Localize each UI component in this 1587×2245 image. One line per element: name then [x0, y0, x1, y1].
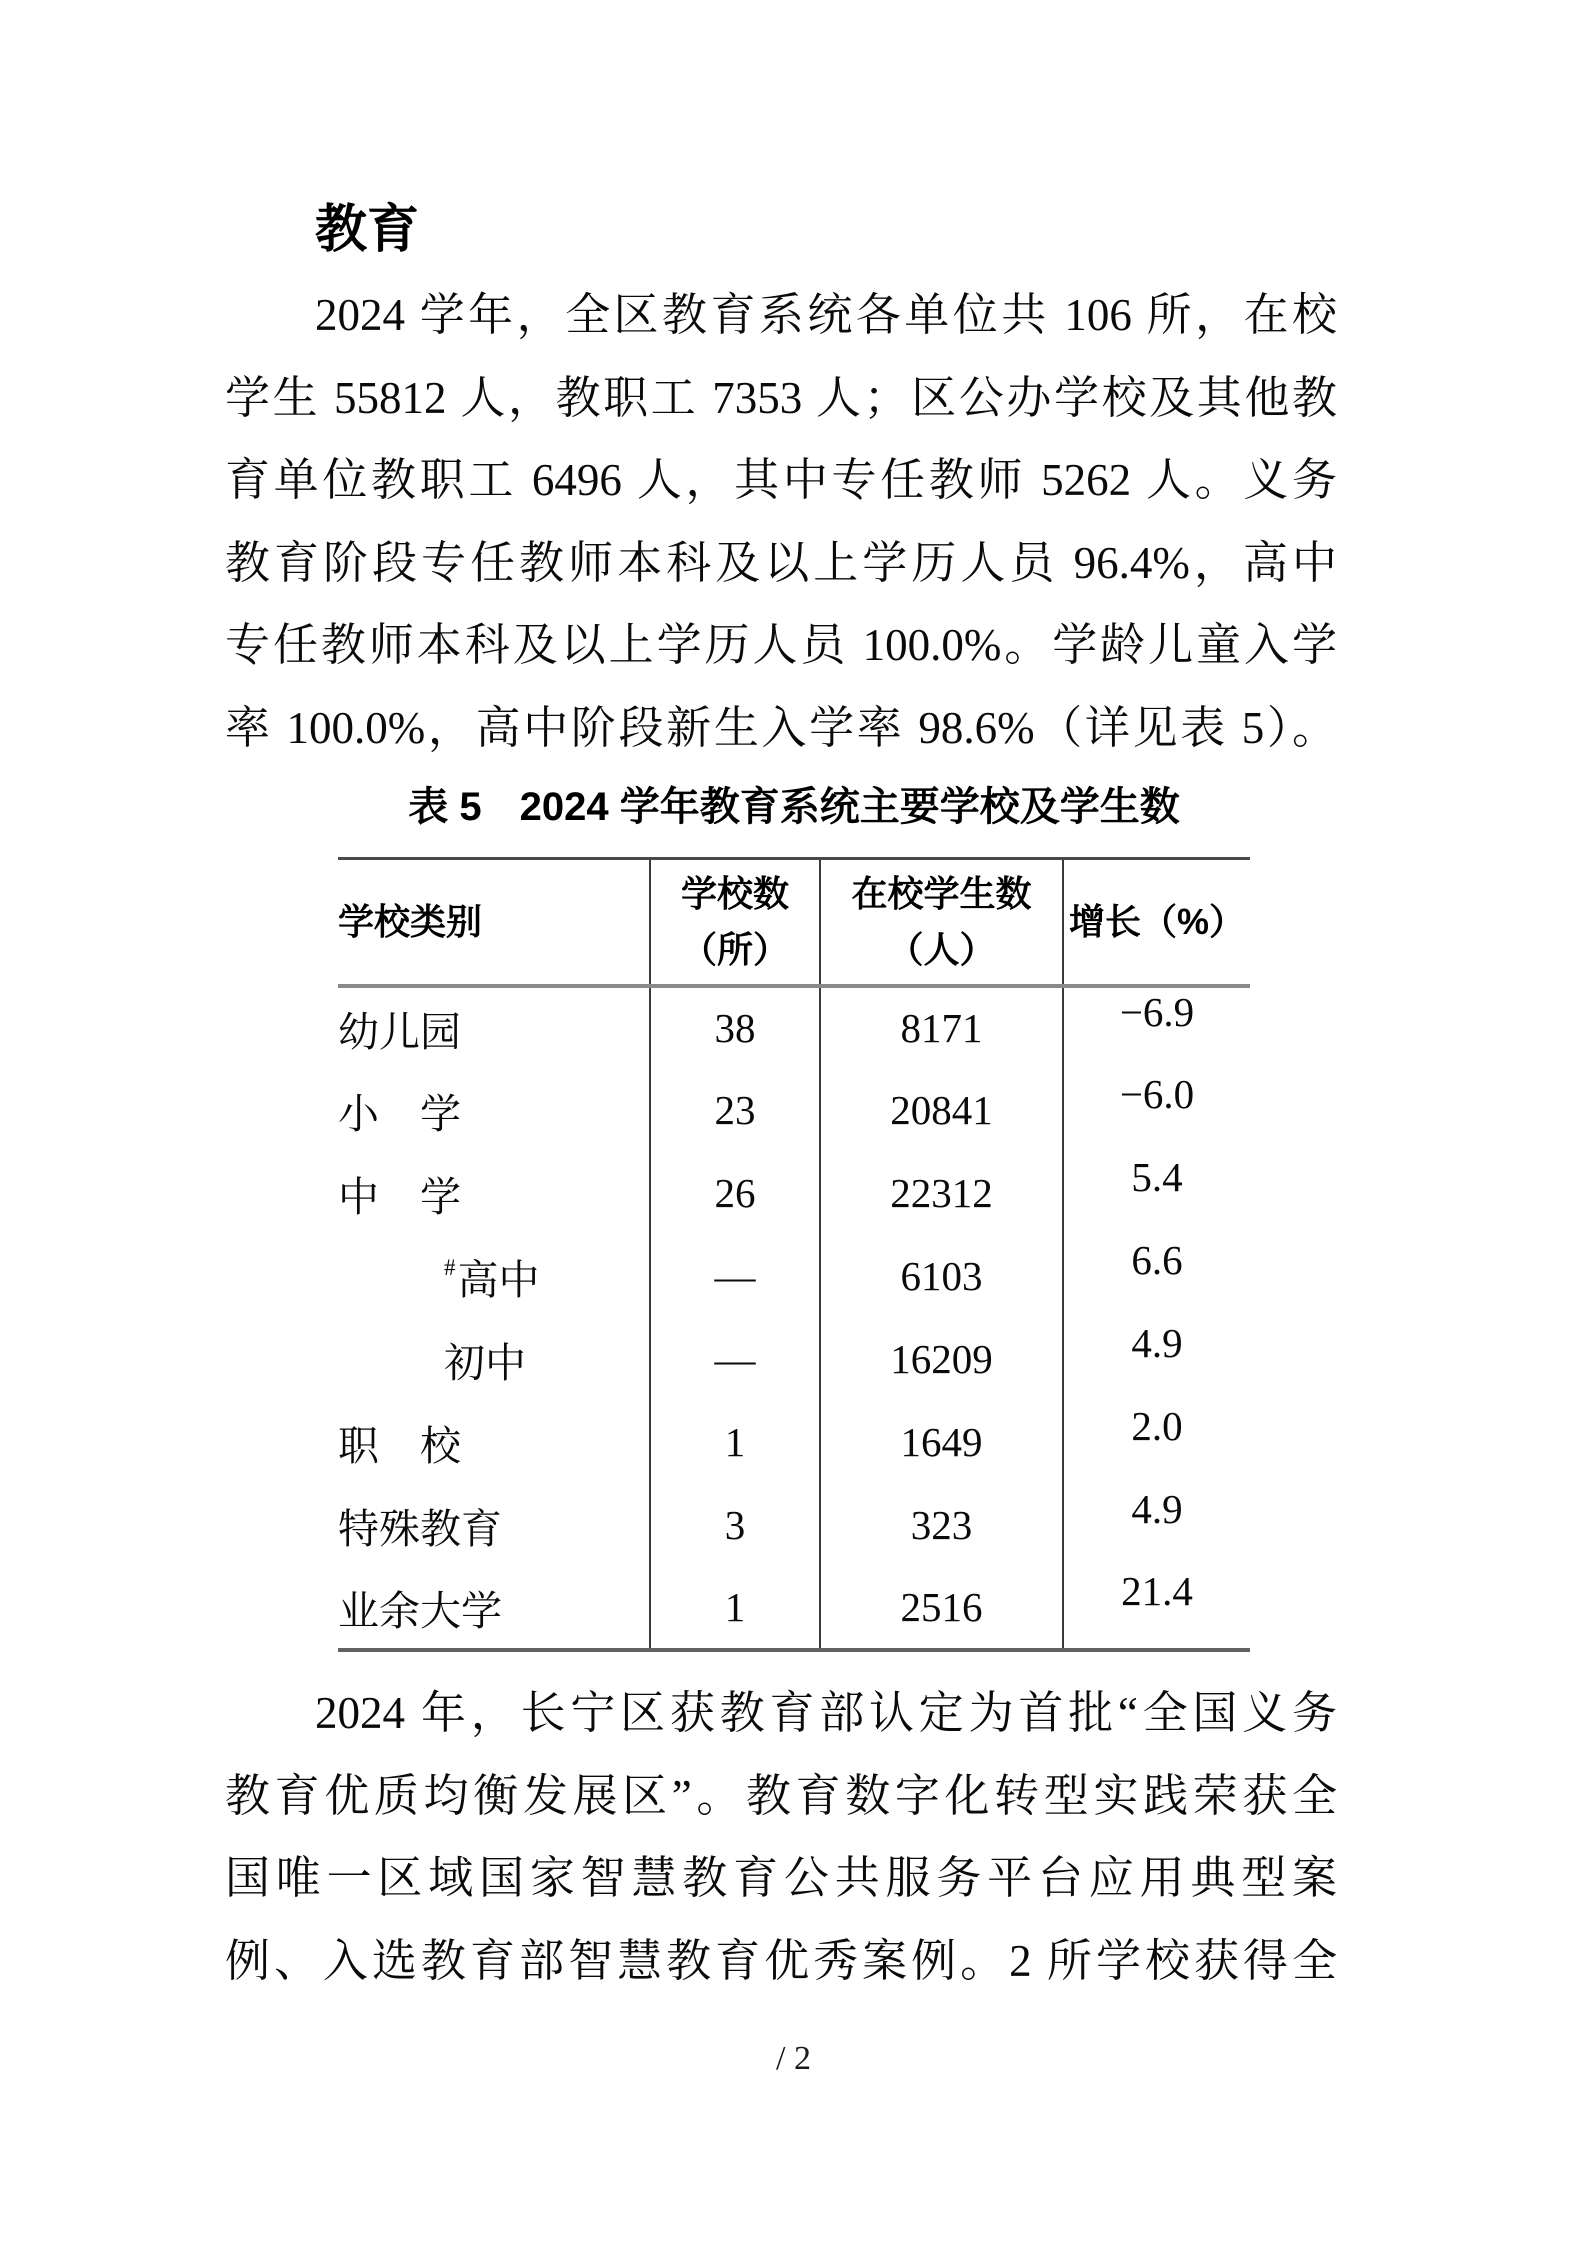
cell-category: 中 学 [338, 1152, 650, 1235]
para-line: 教育优质均衡发展区”。教育数字化转型实践荣获全 [225, 1755, 1337, 1838]
cell-growth: 5.4 [1063, 1152, 1250, 1235]
cell-growth: 2.0 [1063, 1401, 1250, 1484]
cell-school-count: — [650, 1318, 820, 1401]
page-number: / 2 [0, 2040, 1587, 2078]
table-row-kindergarten: 幼儿园 38 8171 −6.9 [338, 986, 1250, 1069]
cell-school-count: 26 [650, 1152, 820, 1235]
cell-category: #高中 [338, 1235, 650, 1318]
cell-category: 职 校 [338, 1401, 650, 1484]
para-line: 率 100.0%，高中阶段新生入学率 98.6%（详见表 5）。 [225, 687, 1337, 770]
table-5-caption: 表 52024 学年教育系统主要学校及学生数 [338, 779, 1250, 835]
cell-student-count: 2516 [820, 1567, 1063, 1650]
cell-growth: 4.9 [1063, 1484, 1250, 1567]
cell-student-count: 323 [820, 1484, 1063, 1567]
growth-value: 2.0 [1131, 1402, 1182, 1450]
paragraph-education-stats: 2024 学年，全区教育系统各单位共 106 所，在校 学生 55812 人，教… [225, 274, 1337, 769]
cell-school-count: 23 [650, 1069, 820, 1152]
para-line: 专任教师本科及以上学历人员 100.0%。学龄儿童入学 [225, 604, 1337, 687]
growth-value: −6.0 [1120, 1070, 1194, 1118]
cell-growth: 6.6 [1063, 1235, 1250, 1318]
cell-student-count: 8171 [820, 986, 1063, 1069]
growth-value: 4.9 [1131, 1319, 1182, 1367]
cell-school-count: 38 [650, 986, 820, 1069]
para-line: 2024 学年，全区教育系统各单位共 106 所，在校 [225, 274, 1337, 357]
header-student-count-line2: （人） [821, 922, 1062, 978]
header-cell-category: 学校类别 [338, 859, 650, 986]
cell-school-count: 1 [650, 1567, 820, 1650]
cell-category: 初中 [338, 1318, 650, 1401]
cell-category: 幼儿园 [338, 986, 650, 1069]
para-line: 2024 年，长宁区获教育部认定为首批“全国义务 [225, 1672, 1337, 1755]
cell-growth: −6.0 [1063, 1069, 1250, 1152]
table-row-vocational: 职 校 1 1649 2.0 [338, 1401, 1250, 1484]
cell-student-count: 16209 [820, 1318, 1063, 1401]
cell-student-count: 1649 [820, 1401, 1063, 1484]
hash-marker: # [444, 1255, 456, 1280]
para-line: 育单位教职工 6496 人，其中专任教师 5262 人。义务 [225, 439, 1337, 522]
growth-value: 21.4 [1121, 1567, 1193, 1615]
table-caption-label: 表 5 [408, 785, 481, 829]
table-row-primary: 小 学 23 20841 −6.0 [338, 1069, 1250, 1152]
cell-growth: 21.4 [1063, 1567, 1250, 1650]
para-line: 学生 55812 人，教职工 7353 人；区公办学校及其他教 [225, 357, 1337, 440]
cell-school-count: 1 [650, 1401, 820, 1484]
growth-value: 5.4 [1131, 1153, 1182, 1201]
document-page: 教育 2024 学年，全区教育系统各单位共 106 所，在校 学生 55812 … [0, 0, 1587, 2245]
cell-growth: 4.9 [1063, 1318, 1250, 1401]
cell-school-count: 3 [650, 1484, 820, 1567]
header-cell-student-count: 在校学生数 （人） [820, 859, 1063, 986]
header-school-count-line1: 学校数 [651, 866, 819, 922]
header-cell-school-count: 学校数 （所） [650, 859, 820, 986]
para-line: 教育阶段专任教师本科及以上学历人员 96.4%，高中 [225, 522, 1337, 605]
table-row-special-education: 特殊教育 3 323 4.9 [338, 1484, 1250, 1567]
table-caption-title: 2024 学年教育系统主要学校及学生数 [520, 785, 1180, 829]
cell-growth: −6.9 [1063, 986, 1250, 1069]
paragraph-achievements: 2024 年，长宁区获教育部认定为首批“全国义务 教育优质均衡发展区”。教育数字… [225, 1672, 1337, 2002]
cell-category: 业余大学 [338, 1567, 650, 1650]
growth-value: 6.6 [1131, 1236, 1182, 1284]
growth-value: 4.9 [1131, 1485, 1182, 1533]
section-title: 教育 [315, 200, 419, 262]
education-table: 学校类别 学校数 （所） 在校学生数 （人） 增长（%） 幼儿园 38 [338, 857, 1250, 1652]
table-row-junior-high: 初中 — 16209 4.9 [338, 1318, 1250, 1401]
cell-student-count: 6103 [820, 1235, 1063, 1318]
header-student-count-line1: 在校学生数 [821, 866, 1062, 922]
para-line: 例、入选教育部智慧教育优秀案例。2 所学校获得全 [225, 1920, 1337, 2003]
header-cell-growth: 增长（%） [1063, 859, 1250, 986]
cell-student-count: 20841 [820, 1069, 1063, 1152]
cell-category: 小 学 [338, 1069, 650, 1152]
table-row-senior-high: #高中 — 6103 6.6 [338, 1235, 1250, 1318]
cell-school-count: — [650, 1235, 820, 1318]
table-header-row: 学校类别 学校数 （所） 在校学生数 （人） 增长（%） [338, 859, 1250, 986]
cell-category: 特殊教育 [338, 1484, 650, 1567]
category-label: 高中 [458, 1257, 540, 1303]
table-row-amateur-university: 业余大学 1 2516 21.4 [338, 1567, 1250, 1650]
table-row-secondary: 中 学 26 22312 5.4 [338, 1152, 1250, 1235]
cell-student-count: 22312 [820, 1152, 1063, 1235]
growth-value: −6.9 [1120, 988, 1194, 1036]
para-line: 国唯一区域国家智慧教育公共服务平台应用典型案 [225, 1837, 1337, 1920]
header-school-count-line2: （所） [651, 922, 819, 978]
